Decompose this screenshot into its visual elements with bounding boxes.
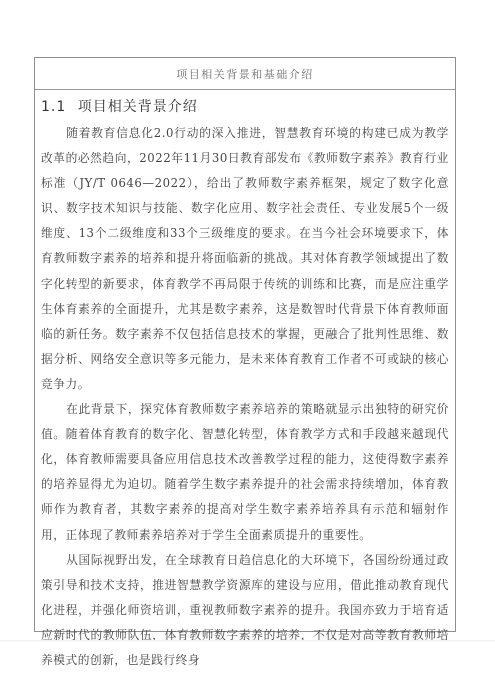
section-number: 1.1 <box>41 99 66 115</box>
background-intro-table: 项目相关背景和基础介绍 1.1 项目相关背景介绍 随着教育信息化2.0行动的深入… <box>34 57 456 632</box>
table-header-title: 项目相关背景和基础介绍 <box>176 66 314 82</box>
paragraph-1: 随着教育信息化2.0行动的深入推进，智慧教育环境的构建已成为教学改革的必然趋向，… <box>41 121 449 397</box>
table-content: 1.1 项目相关背景介绍 随着教育信息化2.0行动的深入推进，智慧教育环境的构建… <box>35 96 455 673</box>
paragraph-2: 在此背景下，探究体育教师数字素养培养的策略就显示出独特的研究价值。随着体育教育的… <box>41 397 449 548</box>
table-header: 项目相关背景和基础介绍 <box>35 58 455 90</box>
section-heading: 1.1 项目相关背景介绍 <box>41 96 449 118</box>
page-fold-shadow <box>0 640 495 642</box>
paragraph-3-text: 从国际视野出发，在全球教育日趋信息化的大环境下，各国纷纷通过政策引导和技术支持，… <box>41 553 449 667</box>
paragraph-3: 从国际视野出发，在全球教育日趋信息化的大环境下，各国纷纷通过政策引导和技术支持，… <box>41 548 449 673</box>
paragraph-1-text: 随着教育信息化2.0行动的深入推进，智慧教育环境的构建已成为教学改革的必然趋向，… <box>41 126 449 391</box>
section-title: 项目相关背景介绍 <box>78 99 198 115</box>
paragraph-2-text: 在此背景下，探究体育教师数字素养培养的策略就显示出独特的研究价值。随着体育教育的… <box>41 402 449 541</box>
